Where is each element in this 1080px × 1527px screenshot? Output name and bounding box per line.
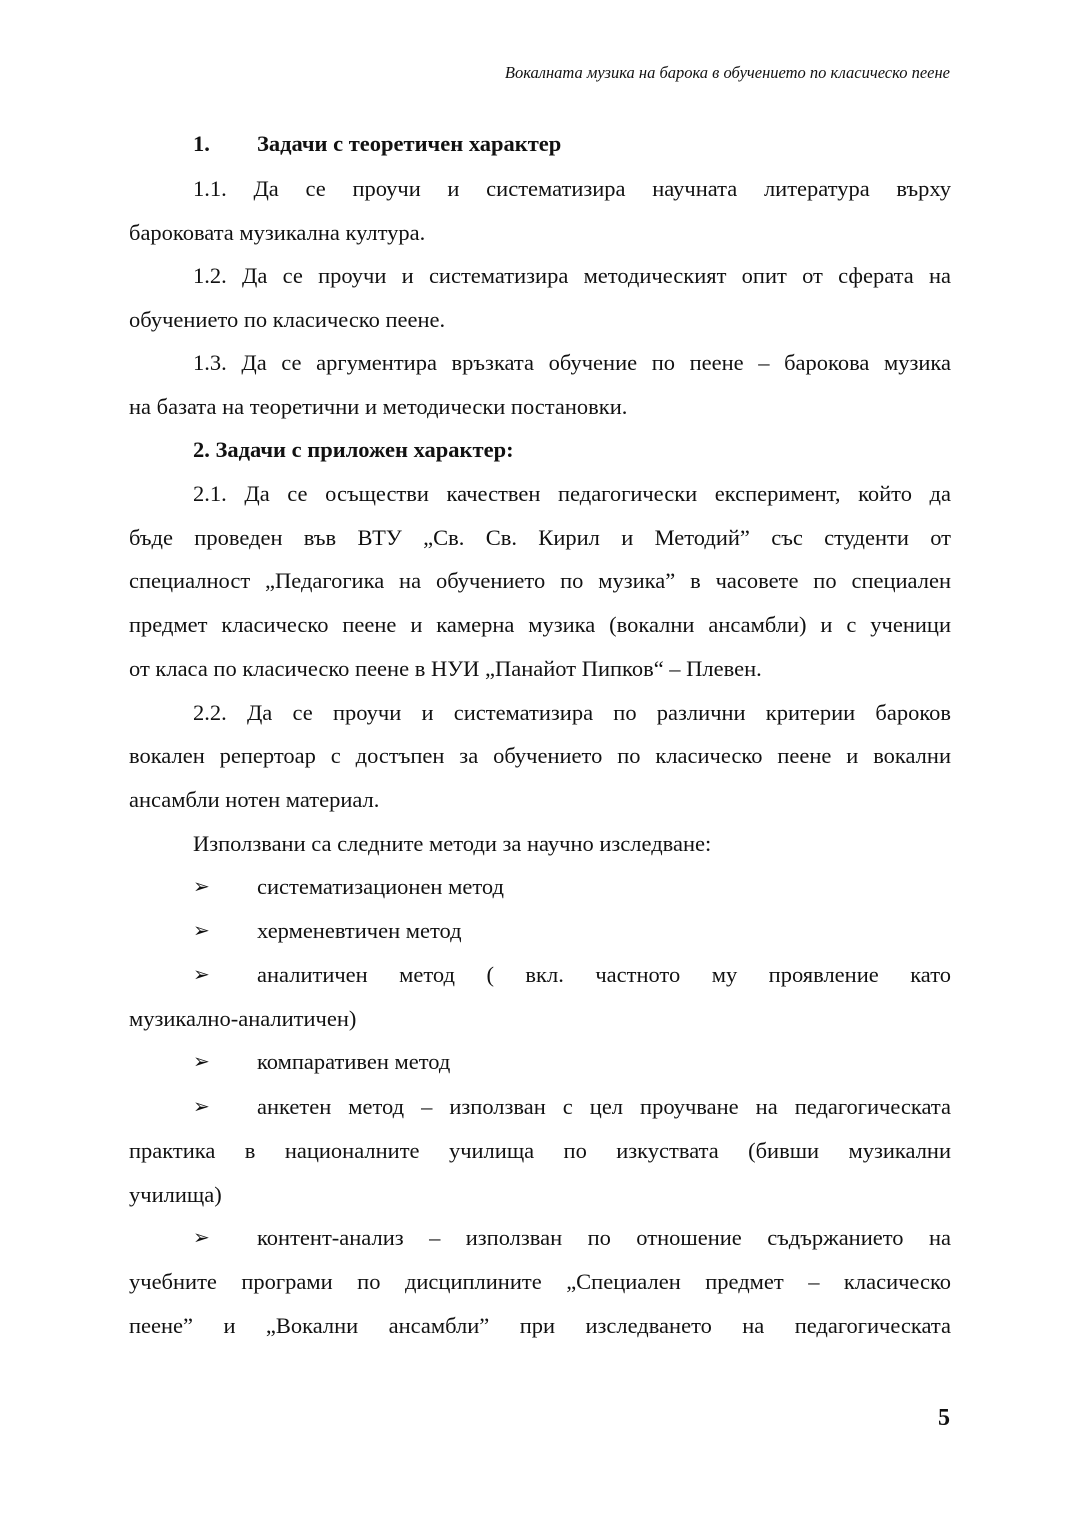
method-item-4-text: компаративен метод [257, 1047, 951, 1077]
section-2-heading: 2. Задачи с приложен характер: [193, 435, 951, 465]
section-1-heading: 1.Задачи с теоретичен характер [193, 129, 951, 159]
method-item-5-text-line-2: практика в националните училища по изкус… [129, 1136, 951, 1166]
paragraph-2-2-line-1: 2.2. Да се проучи и систематизира по раз… [193, 698, 951, 728]
methods-intro: Използвани са следните методи за научно … [193, 829, 951, 859]
paragraph-2-1-line-3: специалност „Педагогика на обучението по… [129, 566, 951, 596]
arrowhead-bullet-icon: ➢ [193, 872, 257, 902]
method-item-6-text-line-1: контент-анализ – използван по отношение … [257, 1223, 951, 1253]
section-1-number: 1. [193, 129, 257, 159]
paragraph-1-3-line-2: на базата на теоретични и методически по… [129, 392, 951, 422]
paragraph-2-1-line-1: 2.1. Да се осъществи качествен педагогич… [193, 479, 951, 509]
arrowhead-bullet-icon: ➢ [193, 1092, 257, 1122]
method-item-1: ➢ систематизационен метод [193, 872, 951, 902]
method-item-3-text-line-1: аналитичен метод ( вкл. частното му проя… [257, 960, 951, 990]
method-item-2-text: херменевтичен метод [257, 916, 951, 946]
method-item-3: ➢ аналитичен метод ( вкл. частното му пр… [193, 960, 951, 990]
method-item-3-text-line-2: музикално-аналитичен) [129, 1004, 951, 1034]
paragraph-1-1-line-1: 1.1. Да се проучи и систематизира научна… [193, 174, 951, 204]
method-item-6-text-line-3: пеене” и „Вокални ансамбли” при изследва… [129, 1311, 951, 1341]
arrowhead-bullet-icon: ➢ [193, 916, 257, 946]
arrowhead-bullet-icon: ➢ [193, 960, 257, 990]
section-1-title: Задачи с теоретичен характер [257, 131, 561, 156]
method-item-1-text: систематизационен метод [257, 872, 951, 902]
method-item-5-text-line-3: училища) [129, 1180, 951, 1210]
method-item-2: ➢ херменевтичен метод [193, 916, 951, 946]
paragraph-2-1-line-5: от класа по класическо пеене в НУИ „Пана… [129, 654, 951, 684]
arrowhead-bullet-icon: ➢ [193, 1223, 257, 1253]
page-number: 5 [938, 1405, 950, 1432]
running-header: Вокалната музика на барока в обучението … [505, 63, 950, 83]
paragraph-1-2-line-2: обучението по класическо пеене. [129, 305, 951, 335]
arrowhead-bullet-icon: ➢ [193, 1047, 257, 1077]
method-item-6-text-line-2: учебните програми по дисциплините „Специ… [129, 1267, 951, 1297]
paragraph-2-1-line-2: бъде проведен във ВТУ „Св. Св. Кирил и М… [129, 523, 951, 553]
document-page: Вокалната музика на барока в обучението … [0, 0, 1080, 1527]
paragraph-2-2-line-3: ансамбли нотен материал. [129, 785, 951, 815]
paragraph-1-2-line-1: 1.2. Да се проучи и систематизира методи… [193, 261, 951, 291]
method-item-6: ➢ контент-анализ – използван по отношени… [193, 1223, 951, 1253]
method-item-5-text-line-1: анкетен метод – използван с цел проучван… [257, 1092, 951, 1122]
paragraph-2-1-line-4: предмет класическо пеене и камерна музик… [129, 610, 951, 640]
method-item-5: ➢ анкетен метод – използван с цел проучв… [193, 1092, 951, 1122]
method-item-4: ➢ компаративен метод [193, 1047, 951, 1077]
paragraph-2-2-line-2: вокален репертоар с достъпен за обучение… [129, 741, 951, 771]
paragraph-1-3-line-1: 1.3. Да се аргументира връзката обучение… [193, 348, 951, 378]
paragraph-1-1-line-2: бароковата музикална култура. [129, 218, 951, 248]
